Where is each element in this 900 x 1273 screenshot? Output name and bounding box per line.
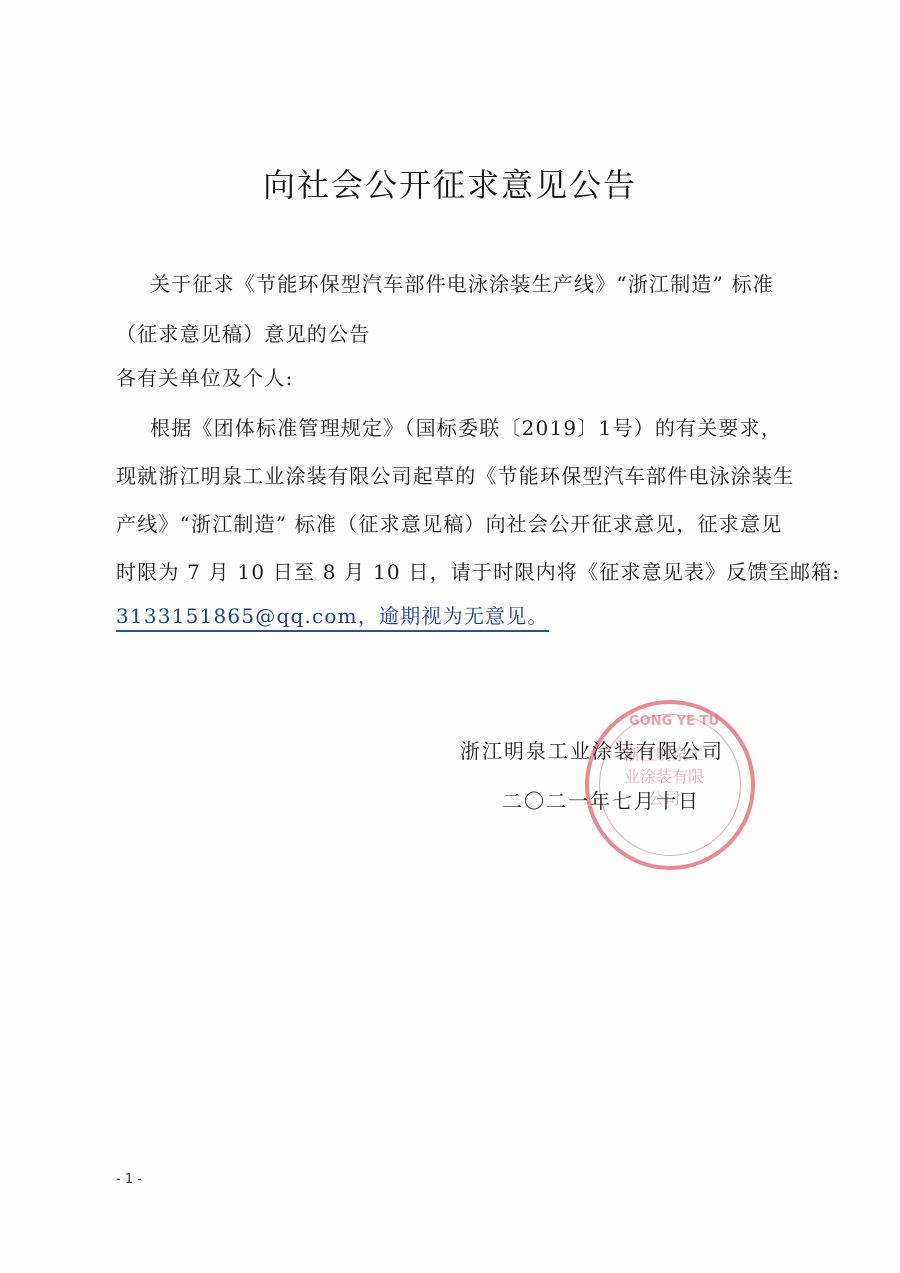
body-line: 根据《团体标准管理规定》（国标委联〔2019〕1号）的有关要求， <box>150 412 782 441</box>
page-number: - 1 - <box>116 1172 142 1187</box>
page-title: 向社会公开征求意见公告 <box>0 160 900 206</box>
subject-line-1: 关于征求《节能环保型汽车部件电泳涂装生产线》“浙江制造” 标准 <box>150 268 774 297</box>
body-line: 产线》“浙江制造” 标准（征求意见稿）向社会公开征求意见，征求意见 <box>116 508 782 537</box>
signature-company: 浙江明泉工业涂装有限公司 <box>460 735 724 764</box>
body-line: 现就浙江明泉工业涂装有限公司起草的《节能环保型汽车部件电泳涂装生 <box>116 460 794 489</box>
email-line: 3133151865@qq.com，逾期视为无意见。 <box>116 600 549 629</box>
email-link[interactable]: 3133151865@qq.com，逾期视为无意见。 <box>116 604 549 632</box>
salutation: 各有关单位及个人: <box>116 362 294 391</box>
signature-date: 二〇二一年七月十日 <box>502 785 700 814</box>
body-line: 时限为 7 月 10 日至 8 月 10 日，请于时限内将《征求意见表》反馈至邮… <box>116 556 840 585</box>
subject-line-2: （征求意见稿）意见的公告 <box>116 318 370 347</box>
document-page: 向社会公开征求意见公告 关于征求《节能环保型汽车部件电泳涂装生产线》“浙江制造”… <box>0 0 900 1273</box>
seal-arc-text: GONG YE TU <box>619 714 729 729</box>
